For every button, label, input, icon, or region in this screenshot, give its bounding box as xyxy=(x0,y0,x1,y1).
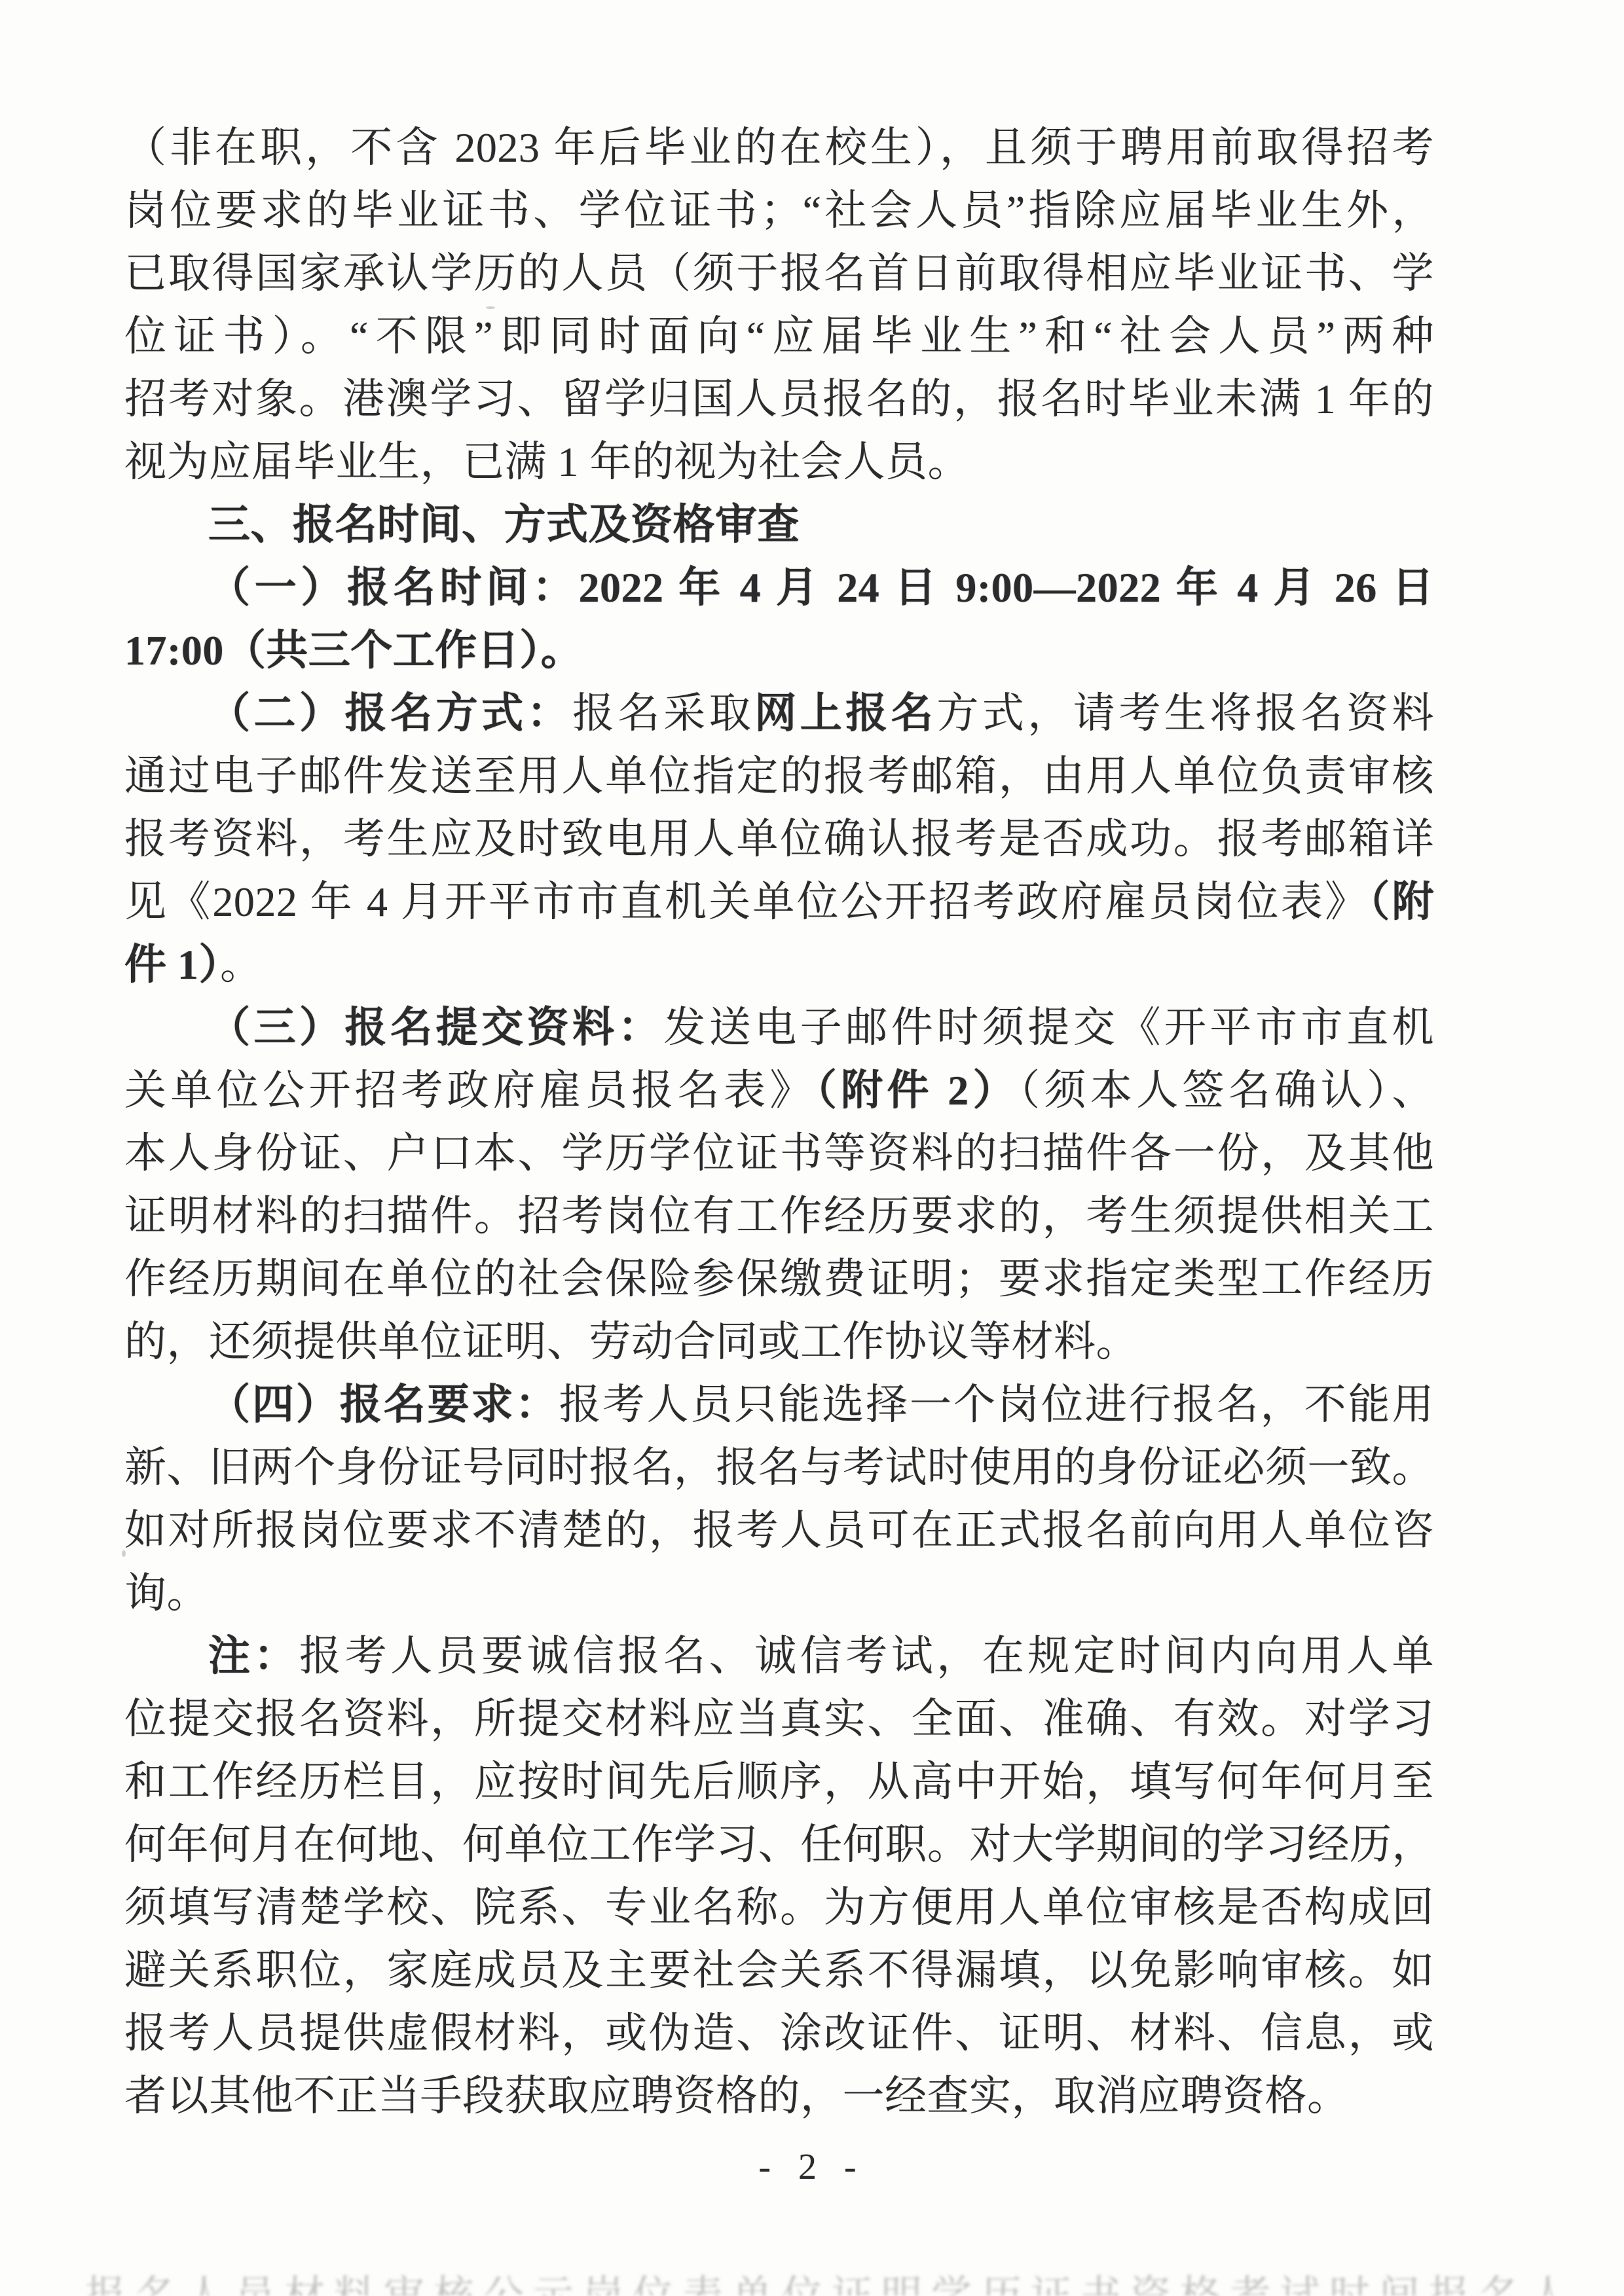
text-segment: 位提交报名资料，所提交材料应当真实、全面、准确、有效。对学习 xyxy=(124,1696,1434,1742)
text-line: 者以其他不正当手段获取应聘资格的，一经查实，取消应聘资格。 xyxy=(124,2065,1434,2128)
text-line: 须填写清楚学校、院系、专业名称。为方便用人单位审核是否构成回 xyxy=(124,1876,1434,1939)
text-line: 报考人员提供虚假材料，或伪造、涂改证件、证明、材料、信息，或 xyxy=(124,2002,1434,2065)
text-line: 岗位要求的毕业证书、学位证书；“社会人员”指除应届毕业生外， xyxy=(124,179,1434,242)
text-segment: 位证书）。“不限”即同时面向“应届毕业生”和“社会人员”两种 xyxy=(124,313,1434,359)
text-line: 通过电子邮件发送至用人单位指定的报考邮箱，由用人单位负责审核 xyxy=(124,745,1434,808)
text-segment: 证明材料的扫描件。招考岗位有工作经历要求的，考生须提供相关工 xyxy=(124,1193,1434,1239)
bold-text-segment: （附件 2） xyxy=(816,1067,1019,1114)
document-body: （非在职，不含 2023 年后毕业的在校生），且须于聘用前取得招考岗位要求的毕业… xyxy=(124,117,1434,2128)
bold-text-segment: 三、报名时间、方式及资格审查 xyxy=(208,501,800,548)
text-line: 位证书）。“不限”即同时面向“应届毕业生”和“社会人员”两种 xyxy=(124,305,1434,368)
text-segment: 本人身份证、户口本、学历学位证书等资料的扫描件各一份，及其他 xyxy=(124,1130,1434,1176)
scan-speck xyxy=(486,306,495,309)
text-segment: 报考人员提供虚假材料，或伪造、涂改证件、证明、材料、信息，或 xyxy=(124,2010,1434,2056)
text-segment: 视为应届毕业生，已满 1 年的视为社会人员。 xyxy=(124,439,970,485)
text-segment: 询。 xyxy=(124,1570,209,1616)
text-line: 证明材料的扫描件。招考岗位有工作经历要求的，考生须提供相关工 xyxy=(124,1185,1434,1248)
bold-text-segment: 17:00（共三个工作日）。 xyxy=(124,627,583,674)
text-segment: 如对所报岗位要求不清楚的，报考人员可在正式报名前向用人单位咨 xyxy=(124,1507,1434,1554)
text-line: 避关系职位，家庭成员及主要社会关系不得漏填，以免影响审核。如 xyxy=(124,1939,1434,2002)
text-line: 本人身份证、户口本、学历学位证书等资料的扫描件各一份，及其他 xyxy=(124,1122,1434,1185)
document-page: （非在职，不含 2023 年后毕业的在校生），且须于聘用前取得招考岗位要求的毕业… xyxy=(0,0,1624,2296)
text-segment: （非在职，不含 2023 年后毕业的在校生），且须于聘用前取得招考 xyxy=(124,124,1434,171)
text-line: 视为应届毕业生，已满 1 年的视为社会人员。 xyxy=(124,431,1434,494)
text-segment: 。 xyxy=(220,941,263,988)
text-line: 17:00（共三个工作日）。 xyxy=(124,619,1434,682)
text-segment: 关单位公开招考政府雇员报名表》 xyxy=(124,1067,816,1114)
text-segment: （须本人签名确认）、 xyxy=(1019,1067,1434,1114)
bold-text-segment: （二）报名方式： xyxy=(208,690,572,737)
page-bottom-bleed-artifact: 报名人员材料审核公示岗位表单位证明学历证书资格考试时间报名人员材料审核公示岗位表… xyxy=(85,2273,1585,2296)
bold-text-segment: （三）报名提交资料： xyxy=(208,1004,663,1051)
text-line: 招考对象。港澳学习、留学归国人员报名的，报名时毕业未满 1 年的 xyxy=(124,368,1434,431)
text-line: （二）报名方式：报名采取网上报名方式，请考生将报名资料 xyxy=(124,682,1434,745)
text-segment: 何年何月在何地、何单位工作学习、任何职。对大学期间的学习经历， xyxy=(124,1821,1434,1868)
bold-text-segment: （一）报名时间：2022 年 4 月 24 日 9:00—2022 年 4 月 … xyxy=(208,564,1434,611)
text-line: 如对所报岗位要求不清楚的，报考人员可在正式报名前向用人单位咨 xyxy=(124,1499,1434,1562)
text-segment: 岗位要求的毕业证书、学位证书；“社会人员”指除应届毕业生外， xyxy=(124,187,1434,234)
text-segment: 新、旧两个身份证号同时报名，报名与考试时使用的身份证必须一致。 xyxy=(124,1444,1434,1491)
scan-speck xyxy=(122,1550,126,1557)
text-segment: 报考资料，考生应及时致电用人单位确认报考是否成功。报考邮箱详 xyxy=(124,816,1434,862)
bold-text-segment: 件 1） xyxy=(124,941,220,988)
text-segment: 报考人员只能选择一个岗位进行报名，不能用 xyxy=(559,1381,1434,1428)
text-segment: 方式，请考生将报名资料 xyxy=(936,690,1434,737)
text-line: （四）报名要求：报考人员只能选择一个岗位进行报名，不能用 xyxy=(124,1374,1434,1436)
page-number: - 2 - xyxy=(0,2146,1624,2188)
text-segment: 者以其他不正当手段获取应聘资格的，一经查实，取消应聘资格。 xyxy=(124,2073,1350,2119)
text-line: 作经历期间在单位的社会保险参保缴费证明；要求指定类型工作经历 xyxy=(124,1248,1434,1311)
text-segment: 报名采取 xyxy=(572,690,754,737)
text-line: （非在职，不含 2023 年后毕业的在校生），且须于聘用前取得招考 xyxy=(124,117,1434,179)
text-segment: 发送电子邮件时须提交《开平市市直机 xyxy=(663,1004,1434,1051)
text-line: 三、报名时间、方式及资格审查 xyxy=(124,494,1434,556)
text-line: 件 1）。 xyxy=(124,934,1434,996)
bold-text-segment: （四）报名要求： xyxy=(208,1381,559,1428)
bold-text-segment: （附 xyxy=(1369,879,1434,925)
text-segment: 和工作经历栏目，应按时间先后顺序，从高中开始，填写何年何月至 xyxy=(124,1758,1434,1805)
text-segment: 的，还须提供单位证明、劳动合同或工作协议等材料。 xyxy=(124,1319,1138,1365)
text-line: 已取得国家承认学历的人员（须于报名首日前取得相应毕业证书、学 xyxy=(124,242,1434,305)
text-line: （三）报名提交资料：发送电子邮件时须提交《开平市市直机 xyxy=(124,996,1434,1059)
text-line: （一）报名时间：2022 年 4 月 24 日 9:00—2022 年 4 月 … xyxy=(124,556,1434,619)
text-segment: 招考对象。港澳学习、留学归国人员报名的，报名时毕业未满 1 年的 xyxy=(124,376,1434,422)
text-line: 注：报考人员要诚信报名、诚信考试，在规定时间内向用人单 xyxy=(124,1625,1434,1688)
text-line: 关单位公开招考政府雇员报名表》（附件 2）（须本人签名确认）、 xyxy=(124,1059,1434,1122)
text-segment: 见《2022 年 4 月开平市市直机关单位公开招考政府雇员岗位表》 xyxy=(124,879,1369,925)
text-line: 新、旧两个身份证号同时报名，报名与考试时使用的身份证必须一致。 xyxy=(124,1436,1434,1499)
bold-text-segment: 注： xyxy=(208,1633,299,1679)
text-segment: 通过电子邮件发送至用人单位指定的报考邮箱，由用人单位负责审核 xyxy=(124,753,1434,799)
text-segment: 报考人员要诚信报名、诚信考试，在规定时间内向用人单 xyxy=(299,1633,1434,1679)
bold-text-segment: 网上报名 xyxy=(754,690,936,737)
text-segment: 已取得国家承认学历的人员（须于报名首日前取得相应毕业证书、学 xyxy=(124,250,1434,297)
text-line: 的，还须提供单位证明、劳动合同或工作协议等材料。 xyxy=(124,1311,1434,1374)
text-line: 询。 xyxy=(124,1562,1434,1625)
text-line: 见《2022 年 4 月开平市市直机关单位公开招考政府雇员岗位表》（附 xyxy=(124,871,1434,934)
text-line: 报考资料，考生应及时致电用人单位确认报考是否成功。报考邮箱详 xyxy=(124,808,1434,871)
text-line: 和工作经历栏目，应按时间先后顺序，从高中开始，填写何年何月至 xyxy=(124,1751,1434,1813)
text-line: 位提交报名资料，所提交材料应当真实、全面、准确、有效。对学习 xyxy=(124,1688,1434,1751)
text-line: 何年何月在何地、何单位工作学习、任何职。对大学期间的学习经历， xyxy=(124,1813,1434,1876)
text-segment: 避关系职位，家庭成员及主要社会关系不得漏填，以免影响审核。如 xyxy=(124,1947,1434,1994)
text-segment: 须填写清楚学校、院系、专业名称。为方便用人单位审核是否构成回 xyxy=(124,1884,1434,1931)
text-segment: 作经历期间在单位的社会保险参保缴费证明；要求指定类型工作经历 xyxy=(124,1256,1434,1302)
